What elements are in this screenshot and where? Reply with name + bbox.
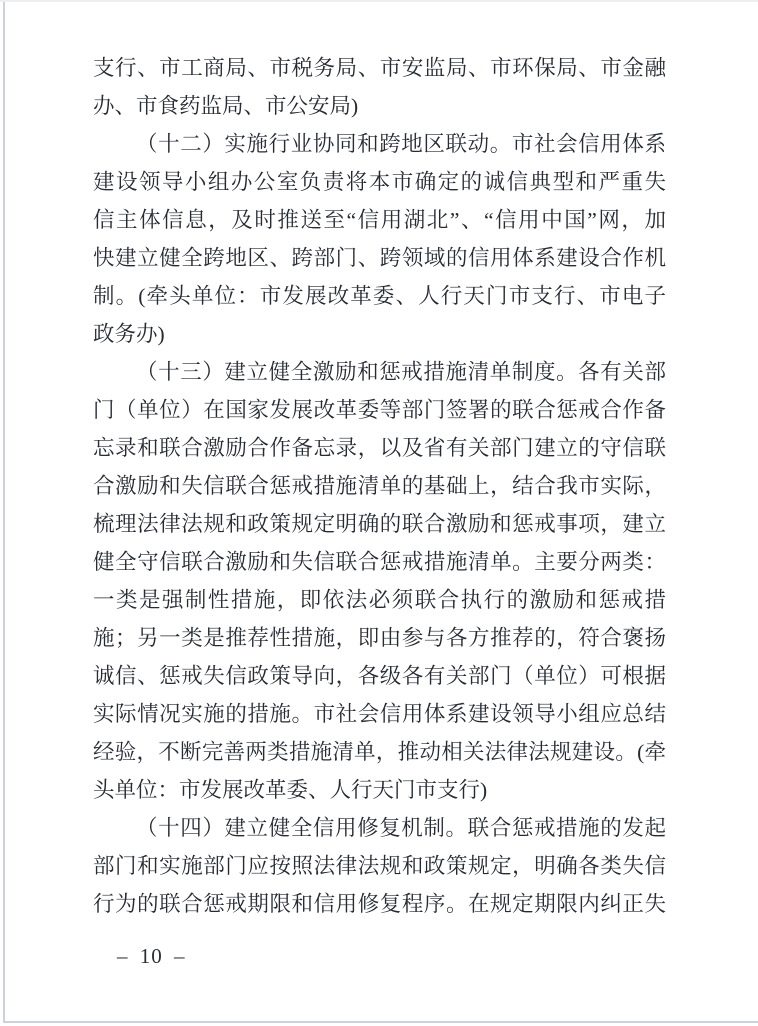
document-line: 实际情况实施的措施。市社会信用体系建设领导小组应总结 [93,695,666,733]
document-line: 健全守信联合激励和失信联合惩戒措施清单。主要分两类： [93,543,666,581]
document-line: （十三）建立健全激励和惩戒措施清单制度。各有关部 [93,353,666,391]
document-line: 门（单位）在国家发展改革委等部门签署的联合惩戒合作备 [93,391,666,429]
document-line: 快建立健全跨地区、跨部门、跨领域的信用体系建设合作机 [93,239,666,277]
document-line: 办、市食药监局、市公安局) [93,87,666,125]
document-line: （十四）建立健全信用修复机制。联合惩戒措施的发起 [93,809,666,847]
document-line: 建设领导小组办公室负责将本市确定的诚信典型和严重失 [93,163,666,201]
document-line: 经验，不断完善两类措施清单，推动相关法律法规建设。(牵 [93,733,666,771]
document-line: 合激励和失信联合惩戒措施清单的基础上，结合我市实际， [93,467,666,505]
document-line: （十二）实施行业协同和跨地区联动。市社会信用体系 [93,125,666,163]
document-line: 制。(牵头单位：市发展改革委、人行天门市支行、市电子 [93,277,666,315]
page-number: – 10 – [117,944,186,969]
document-line: 施；另一类是推荐性措施，即由参与各方推荐的，符合褒扬 [93,619,666,657]
document-line: 诚信、惩戒失信政策导向，各级各有关部门（单位）可根据 [93,657,666,695]
document-line: 梳理法律法规和政策规定明确的联合激励和惩戒事项，建立 [93,505,666,543]
document-text-block: 支行、市工商局、市税务局、市安监局、市环保局、市金融 办、市食药监局、市公安局)… [93,49,666,923]
document-line: 行为的联合惩戒期限和信用修复程序。在规定期限内纠正失 [93,885,666,923]
page-edge-left [3,2,5,1021]
document-line: 支行、市工商局、市税务局、市安监局、市环保局、市金融 [93,49,666,87]
document-line: 忘录和联合激励合作备忘录，以及省有关部门建立的守信联 [93,429,666,467]
document-line: 一类是强制性措施，即依法必须联合执行的激励和惩戒措 [93,581,666,619]
page-edge-bottom [3,1021,758,1023]
page-edge-top [0,0,758,2]
document-line: 头单位：市发展改革委、人行天门市支行) [93,771,666,809]
document-line: 部门和实施部门应按照法律法规和政策规定，明确各类失信 [93,847,666,885]
document-line: 信主体信息，及时推送至“信用湖北”、“信用中国”网，加 [93,201,666,239]
document-line: 政务办) [93,315,666,353]
